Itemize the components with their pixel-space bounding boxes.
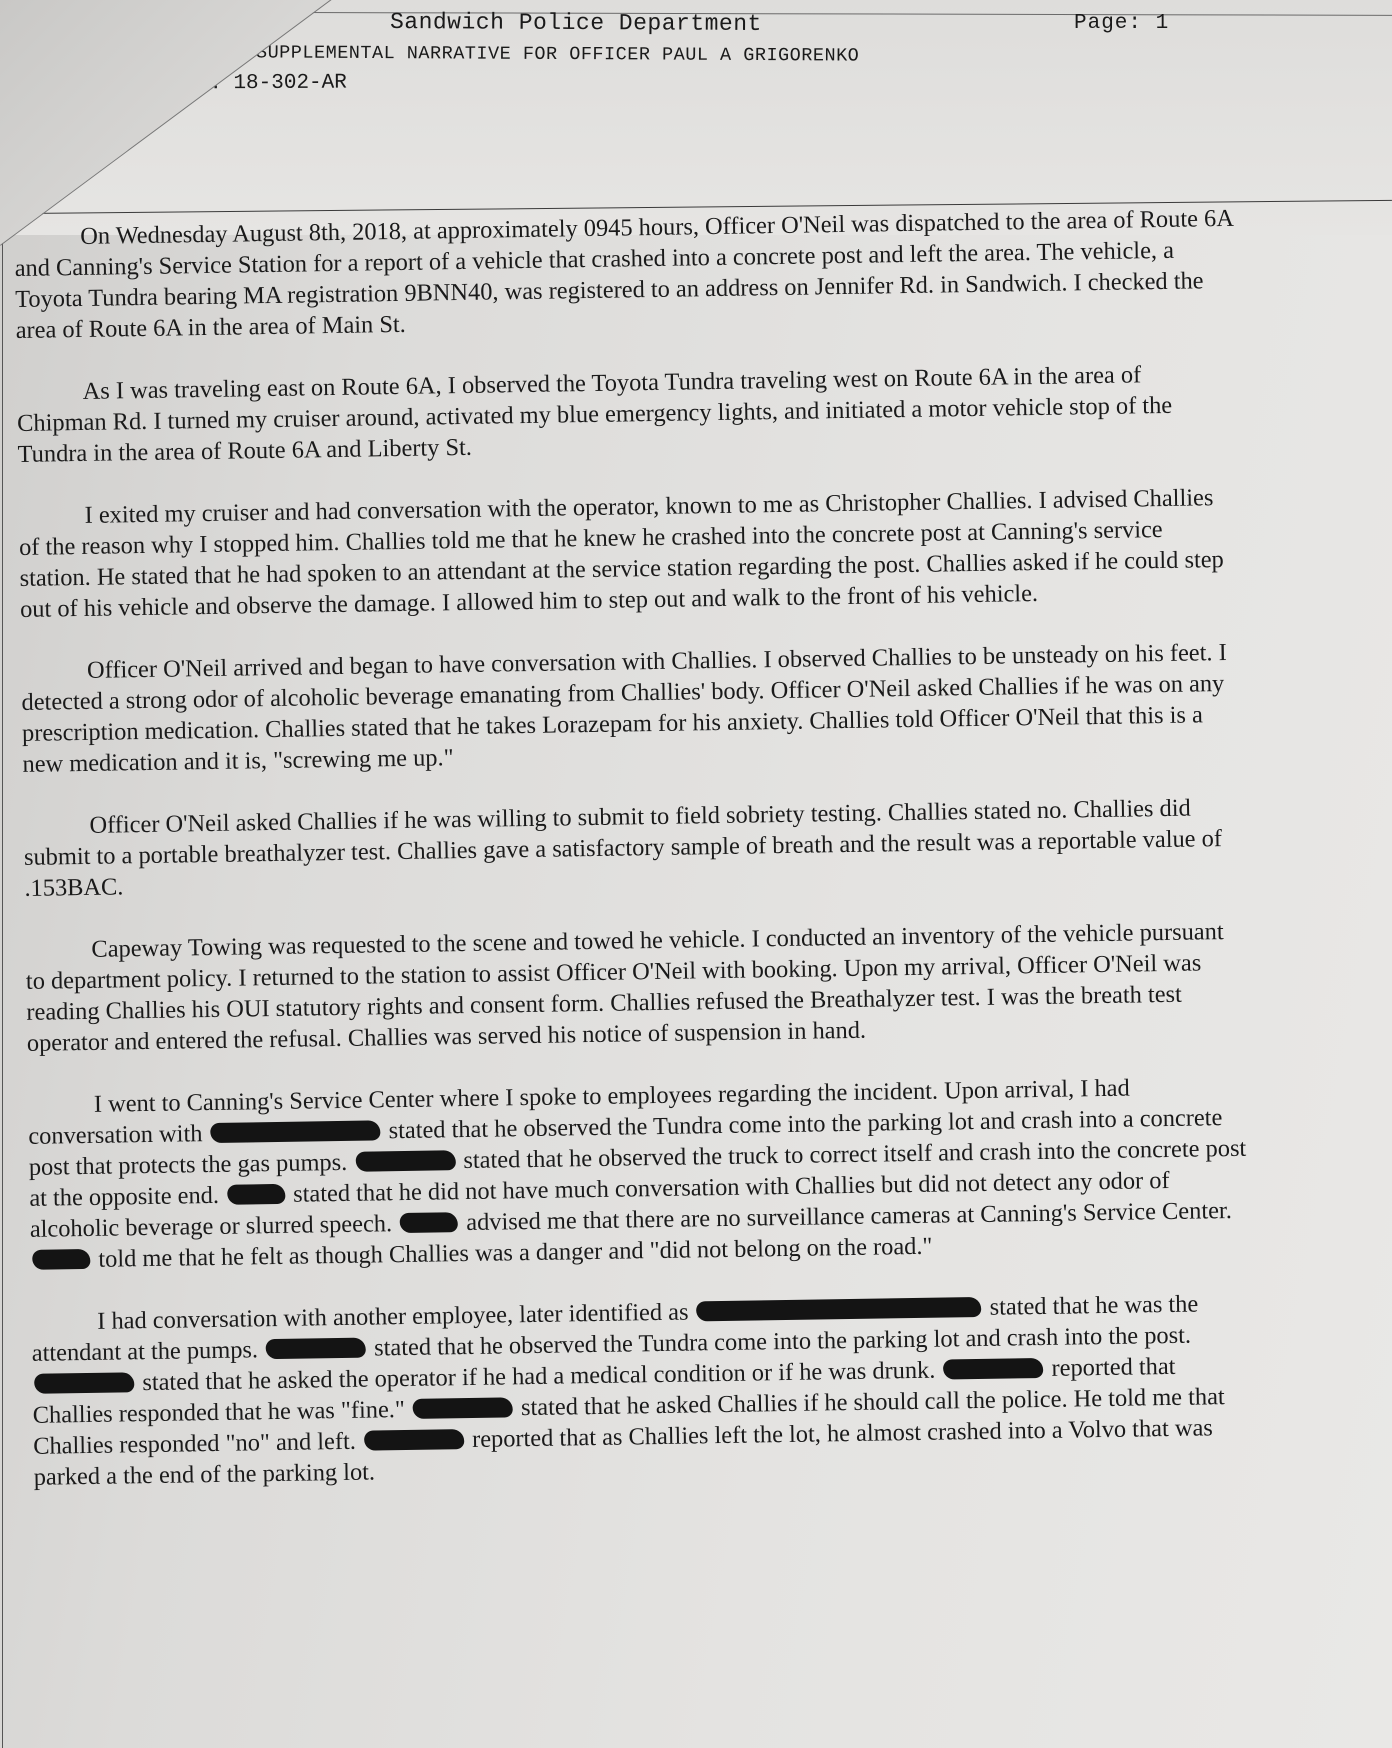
narrative-paragraph: Officer O'Neil arrived and began to have… — [21, 637, 1243, 780]
paragraph-text: Officer O'Neil arrived and began to have… — [21, 639, 1227, 778]
page-label: Page: — [1074, 12, 1142, 35]
narrative-paragraph: I exited my cruiser and had conversation… — [18, 482, 1240, 625]
redaction-mark — [355, 1150, 455, 1172]
document-photo: Sandwich Police Department Page: 1 SUPPL… — [0, 0, 1392, 1748]
paragraph-text: Capeway Towing was requested to the scen… — [26, 918, 1224, 1057]
narrative-paragraph: I had conversation with another employee… — [31, 1288, 1254, 1493]
narrative-body: On Wednesday August 8th, 2018, at approx… — [14, 203, 1254, 1524]
redaction-mark — [413, 1397, 513, 1419]
paragraph-text: As I was traveling east on Route 6A, I o… — [17, 361, 1172, 468]
redaction-mark — [227, 1184, 285, 1205]
redaction-mark — [32, 1249, 90, 1270]
narrative-paragraph: Capeway Towing was requested to the scen… — [25, 916, 1247, 1059]
paragraph-text: I had conversation with another employee… — [97, 1298, 695, 1334]
redaction-mark — [210, 1120, 380, 1143]
narrative-paragraph: I went to Canning's Service Center where… — [28, 1071, 1251, 1276]
narrative-title: SUPPLEMENTAL NARRATIVE FOR OFFICER PAUL … — [256, 42, 859, 66]
narrative-paragraph: On Wednesday August 8th, 2018, at approx… — [14, 203, 1236, 346]
redaction-mark — [34, 1372, 134, 1394]
redaction-mark — [364, 1429, 464, 1451]
page-indicator: Page: 1 — [1074, 12, 1169, 35]
page-left-edge — [2, 240, 3, 1748]
redaction-mark — [943, 1358, 1043, 1380]
redaction-mark — [266, 1338, 366, 1360]
ref-number: 18-302-AR — [233, 72, 347, 96]
redaction-mark — [400, 1212, 458, 1233]
department-title: Sandwich Police Department — [390, 9, 762, 37]
paragraph-text: Officer O'Neil asked Challies if he was … — [24, 795, 1222, 902]
paragraph-text: On Wednesday August 8th, 2018, at approx… — [15, 205, 1233, 344]
narrative-paragraph: Officer O'Neil asked Challies if he was … — [23, 792, 1244, 904]
paragraph-text: I exited my cruiser and had conversation… — [19, 484, 1224, 623]
redaction-mark — [696, 1297, 981, 1321]
page-number: 1 — [1156, 12, 1170, 35]
narrative-paragraph: As I was traveling east on Route 6A, I o… — [16, 358, 1237, 470]
